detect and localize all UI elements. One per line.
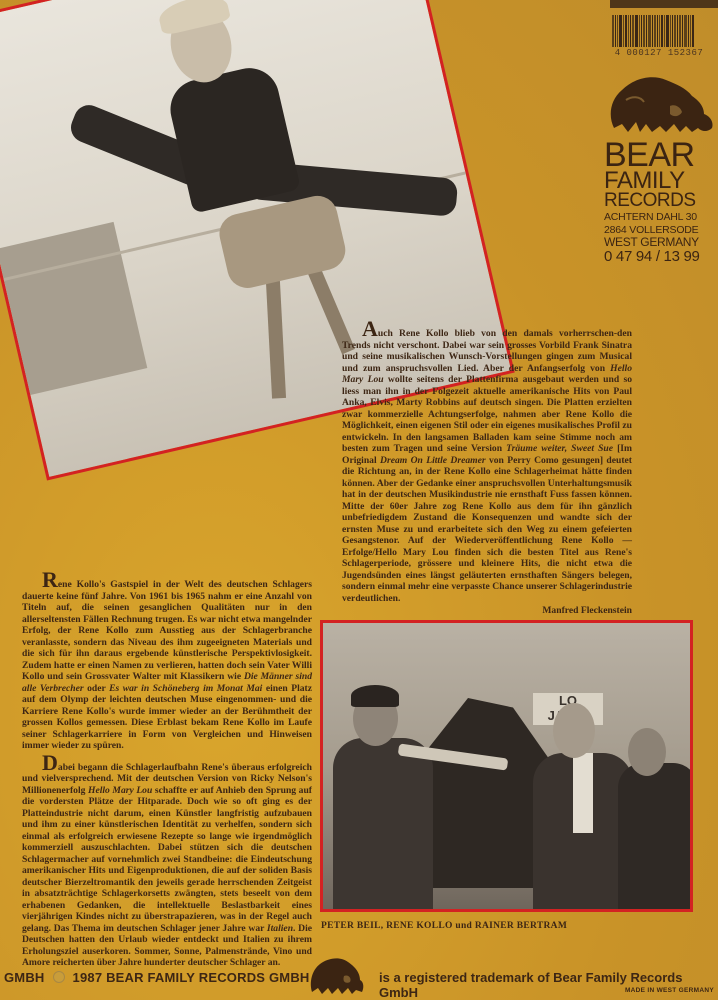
barcode-bar: [619, 15, 622, 47]
barcode-bar: [641, 15, 642, 47]
barcode-bar: [690, 15, 691, 47]
author-signature: Manfred Fleckenstein: [342, 605, 632, 617]
barcode-bar: [670, 15, 671, 47]
barcode-bar: [630, 15, 631, 47]
italic-title: Hello Mary Lou: [88, 785, 152, 796]
body-text: uch Rene Kollo blieb von den damals vorh…: [342, 328, 632, 604]
italic-title: Hello Mary Lou: [342, 363, 632, 386]
made-in-label: MADE IN WEST GERMANY: [625, 987, 714, 994]
barcode-bar: [661, 15, 663, 47]
liner-notes-right-column: Auch Rene Kollo blieb von den damals vor…: [342, 322, 632, 617]
photo-building: [0, 222, 147, 395]
italic-title: Träume weiter, Sweet Sue: [506, 443, 613, 454]
photo-shirt: [573, 753, 593, 833]
brand-line-1: BEAR: [604, 140, 718, 170]
photo-head: [553, 703, 595, 758]
barcode-bar: [692, 15, 694, 47]
photo-trumpet-player: [333, 738, 433, 912]
barcode-bar: [617, 15, 618, 47]
barcode-bar: [677, 15, 678, 47]
bear-family-icon: [600, 66, 718, 138]
barcode-bar: [659, 15, 660, 47]
cropped-catalog-number: [610, 0, 718, 8]
copyright-notice: GMBH1987 BEAR FAMILY RECORDS GMBH: [4, 970, 310, 985]
photo-caption: PETER BEIL, RENE KOLLO und RAINER BERTRA…: [321, 921, 567, 931]
drop-cap: R: [42, 567, 58, 592]
drop-cap: D: [42, 750, 58, 775]
barcode-bar: [664, 15, 665, 47]
barcode-bar: [623, 15, 624, 47]
brand-line-2: FAMILY: [604, 170, 718, 192]
barcode-bar: [625, 15, 627, 47]
barcode-bar: [682, 15, 683, 47]
italic-title: Dream On Little Dreamer: [380, 455, 486, 466]
trademark-notice: is a registered trademark of Bear Family…: [379, 970, 718, 1000]
bear-family-icon: [306, 952, 366, 996]
barcode-bar: [612, 15, 614, 47]
liner-notes-left-column: Rene Kollo's Gastspiel in der Welt des d…: [22, 573, 312, 969]
barcode-bar: [632, 15, 634, 47]
brand-line-3: RECORDS: [604, 192, 718, 210]
barcode-bar: [679, 15, 681, 47]
barcode-bar: [615, 15, 616, 47]
copyright-prefix: GMBH: [4, 970, 45, 985]
barcode: [612, 15, 708, 47]
barcode-bar: [672, 15, 673, 47]
barcode-bar: [646, 15, 647, 47]
barcode-bar: [654, 15, 656, 47]
barcode-bar: [652, 15, 653, 47]
barcode-bar: [666, 15, 669, 47]
barcode-bar: [635, 15, 638, 47]
barcode-bar: [657, 15, 658, 47]
address-street: ACHTERN DAHL 30: [604, 212, 718, 223]
phone-number: 0 47 94 / 13 99: [604, 249, 718, 265]
photo-band-performance: LO JAVAL: [320, 620, 693, 912]
photo-head: [628, 728, 666, 776]
photo-torso: [165, 62, 301, 213]
barcode-bar: [648, 15, 651, 47]
italic-title: Italien: [267, 923, 293, 934]
liner-notes-paragraph: Rene Kollo's Gastspiel in der Welt des d…: [22, 573, 312, 752]
barcode-bar: [688, 15, 689, 47]
barcode-bar: [674, 15, 676, 47]
barcode-number: 4 000127 152367: [600, 48, 718, 58]
photo-buck-leg: [266, 278, 286, 399]
barcode-bar: [643, 15, 645, 47]
liner-notes-paragraph: Auch Rene Kollo blieb von den damals vor…: [342, 322, 632, 604]
album-back-cover: 4 000127 152367 BEAR FAMILY RECORDS ACHT…: [0, 0, 718, 1000]
photo-guitarist: [618, 763, 693, 912]
copyright-text: 1987 BEAR FAMILY RECORDS GMBH: [73, 970, 310, 985]
liner-notes-paragraph: Dabei begann die Schlagerlaufbahn Rene's…: [22, 756, 312, 969]
body-text: abei begann die Schlagerlaufbahn Rene's …: [22, 762, 312, 969]
photo-pommel-buck: [215, 192, 349, 292]
italic-title: Es war in Schöneberg im Monat Mai: [109, 683, 262, 694]
copyright-icon: [53, 971, 65, 983]
barcode-bar: [639, 15, 640, 47]
photo-hair: [351, 685, 399, 707]
barcode-bar: [684, 15, 687, 47]
barcode-bar: [628, 15, 629, 47]
bear-family-records-brand: BEAR FAMILY RECORDS ACHTERN DAHL 30 2864…: [604, 140, 718, 265]
drop-cap: A: [362, 316, 378, 341]
body-text: ene Kollo's Gastspiel in der Welt des de…: [22, 579, 312, 751]
